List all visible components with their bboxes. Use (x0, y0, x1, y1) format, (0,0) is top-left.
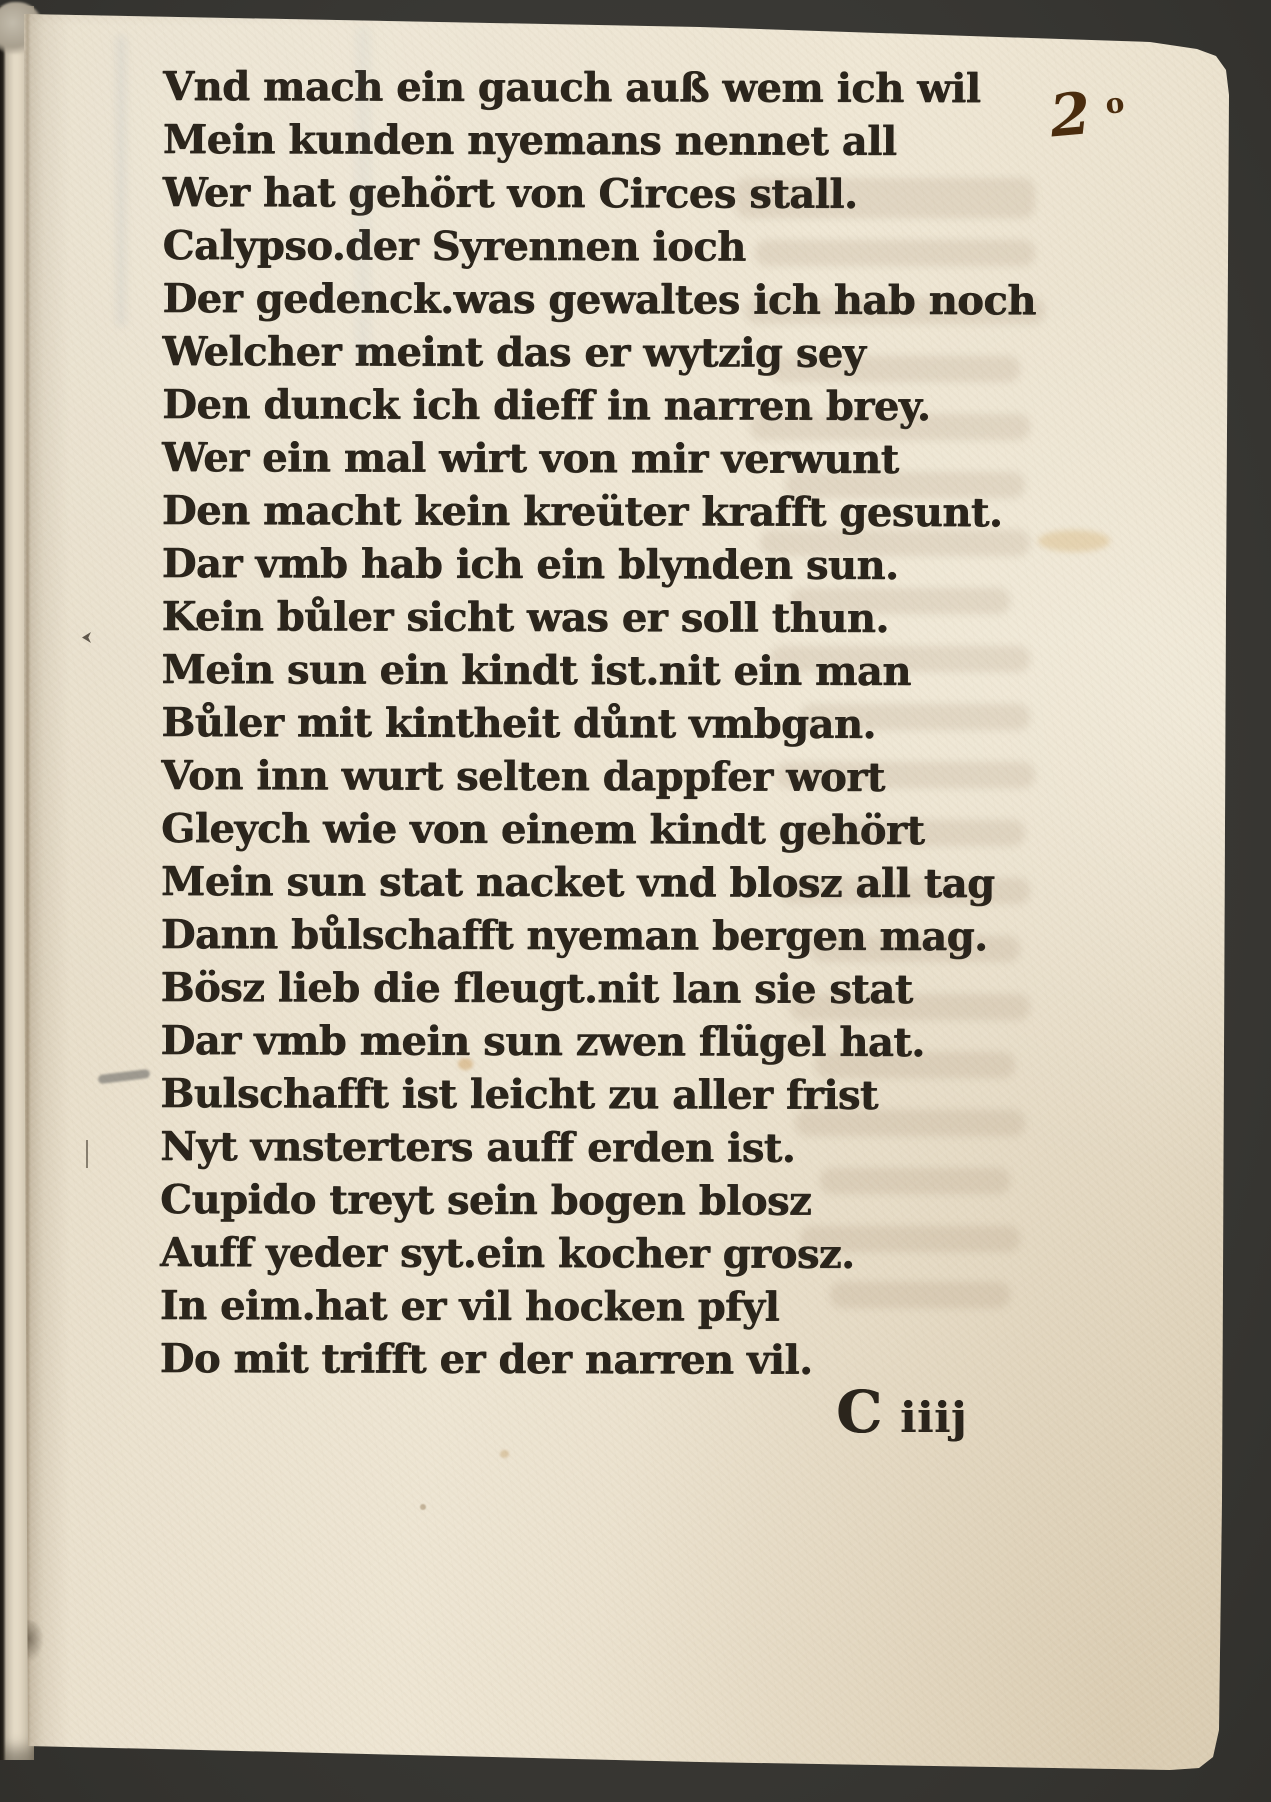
poem-line: Vnd mach ein gauch auß wem ich wil (163, 60, 1036, 115)
poem-line: Mein sun stat nacket vnd blosz all tag (161, 855, 1034, 910)
folio-number: 2o (1047, 78, 1112, 151)
poem-line: Mein sun ein kindt ist.nit ein man (161, 643, 1034, 698)
poem-line: Calypso.der Syrennen ioch (162, 219, 1035, 274)
poem-line: Den dunck ich dieff in narren brey. (162, 378, 1035, 433)
poem-line: Dar vmb mein sun zwen flügel hat. (160, 1014, 1033, 1069)
poem-line: Bulschafft ist leicht zu aller frist (160, 1067, 1033, 1122)
signature-initial: C (836, 1378, 882, 1446)
poem-line: Wer ein mal wirt von mir verwunt (162, 431, 1035, 486)
foxing-spot (420, 1504, 426, 1510)
poem-line: Bůler mit kintheit důnt vmbgan. (161, 696, 1034, 751)
poem-line: Auff yeder syt.ein kocher grosz. (160, 1226, 1033, 1281)
poem-line: Den macht kein kreüter krafft gesunt. (162, 484, 1035, 539)
tan-stain (1038, 530, 1110, 552)
signature-numeral: iiij (900, 1393, 967, 1442)
book-page: Vnd mach ein gauch auß wem ich wil Mein … (0, 0, 1271, 1802)
poem-line: Kein bůler sicht was er soll thun. (161, 590, 1034, 645)
pencil-mark (98, 1069, 151, 1084)
poem-text-block: Vnd mach ein gauch auß wem ich wil Mein … (160, 60, 1037, 1387)
folio-digit-large: 2 (1047, 79, 1093, 150)
poem-line: In eim.hat er vil hocken pfyl (160, 1279, 1033, 1334)
folio-digit-small: o (1104, 86, 1125, 121)
foxing-spot (500, 1450, 509, 1458)
poem-line: Der gedenck.was gewaltes ich hab noch (162, 272, 1035, 327)
poem-line: Dar vmb hab ich ein blynden sun. (162, 537, 1035, 592)
poem-line: Von inn wurt selten dappfer wort (161, 749, 1034, 804)
paper-streak (116, 36, 126, 326)
poem-line: Dann bůlschafft nyeman bergen mag. (161, 908, 1034, 963)
margin-ink-mark (82, 632, 91, 643)
poem-line: Welcher meint das er wytzig sey (162, 325, 1035, 380)
quire-signature: Ciiij (836, 1378, 967, 1446)
poem-line: Bösz lieb die fleugt.nit lan sie stat (161, 961, 1034, 1016)
poem-line: Wer hat gehört von Circes stall. (163, 166, 1036, 221)
book-photograph: Vnd mach ein gauch auß wem ich wil Mein … (0, 0, 1271, 1802)
poem-line: Cupido treyt sein bogen blosz (160, 1173, 1033, 1228)
poem-line: Mein kunden nyemans nennet all (163, 113, 1036, 168)
stray-ink-hairline (86, 1140, 88, 1168)
poem-line: Nyt vnsterters auff erden ist. (160, 1120, 1033, 1175)
poem-line: Gleych wie von einem kindt gehört (161, 802, 1034, 857)
